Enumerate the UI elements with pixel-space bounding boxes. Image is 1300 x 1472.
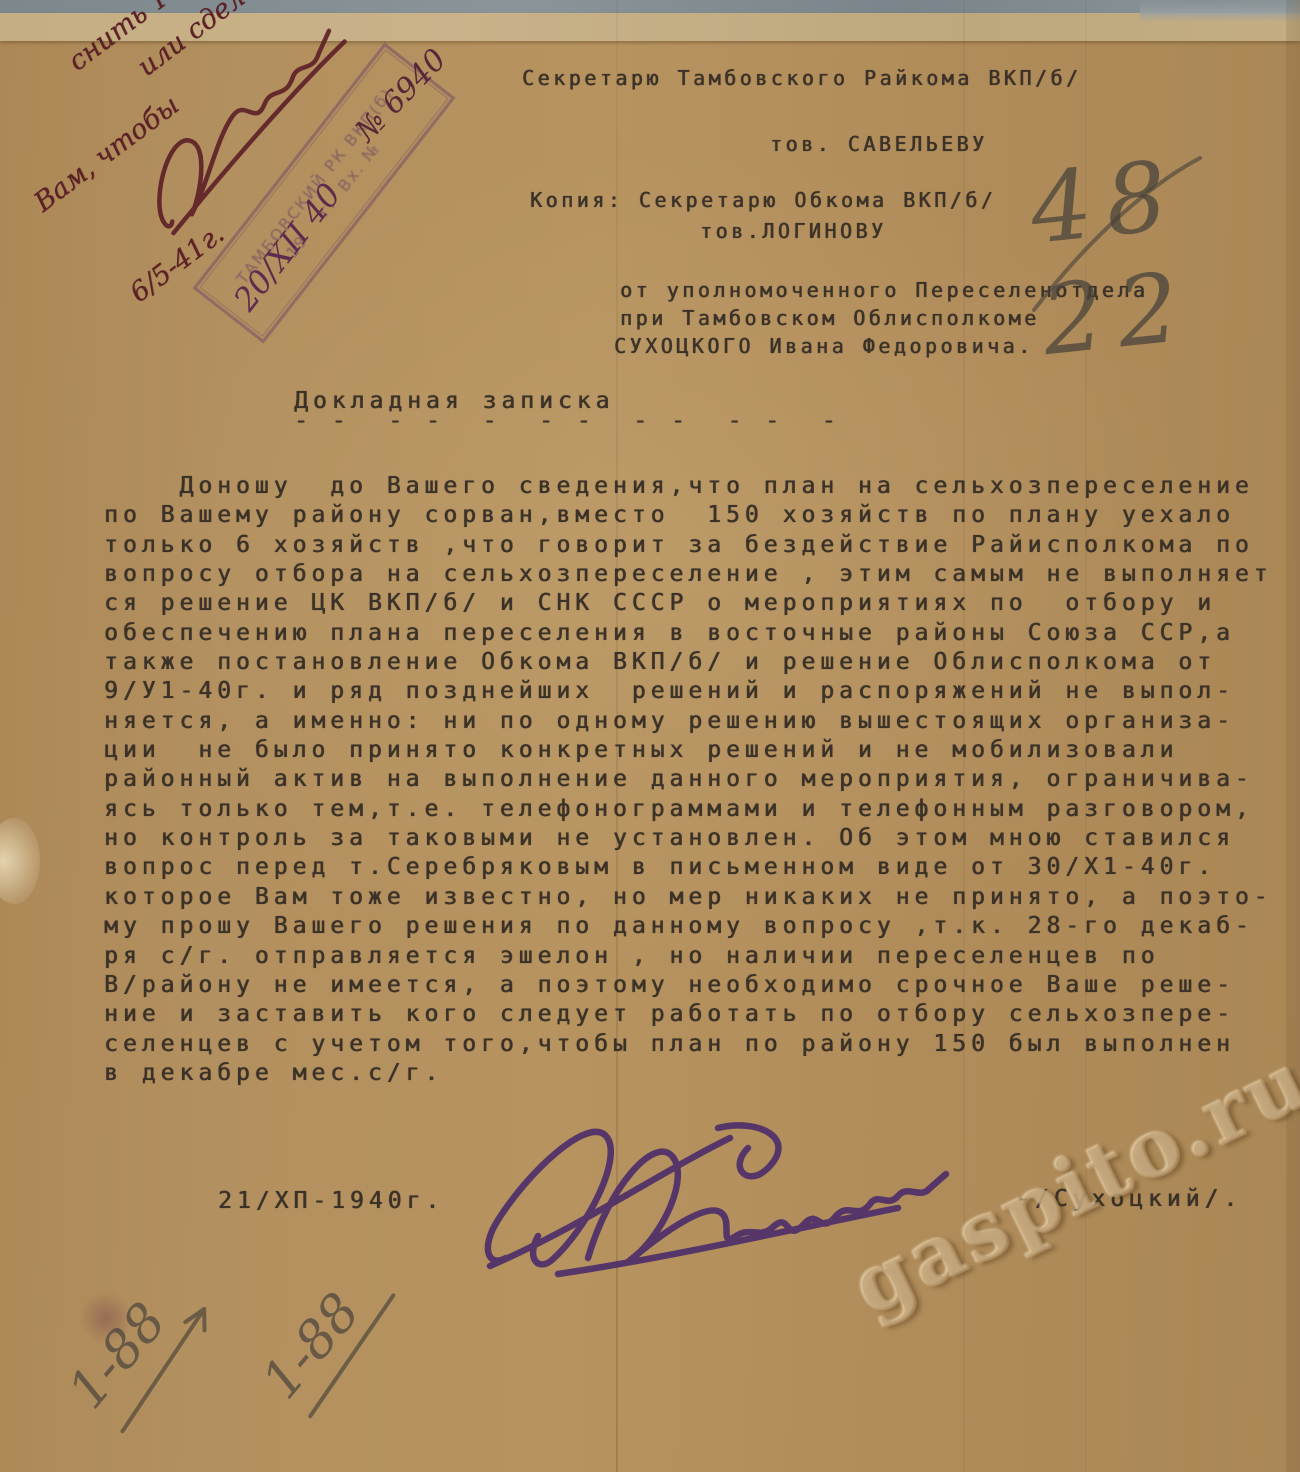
- body-line: ции не было принято конкретных решений и…: [104, 736, 1273, 765]
- body-line: ся решение ЦК ВКП/б/ и СНК СССР о меропр…: [104, 589, 1273, 618]
- body-line: только 6 хозяйств ,что говорит за бездей…: [104, 531, 1273, 560]
- body-line: В/району не имеется, а поэтому необходим…: [104, 971, 1273, 1000]
- body-line: вопрос перед т.Серебряковым в письменном…: [104, 853, 1273, 882]
- header-copy-line1: Копия: Секретарю Обкома ВКП/б/: [530, 188, 996, 212]
- body-line: обеспечению плана переселения в восточны…: [104, 619, 1273, 648]
- body-line: вопросу отбора на сельхозпереселение , э…: [104, 560, 1273, 589]
- document-date: 21/ХП-1940г.: [218, 1188, 444, 1214]
- body-text: Доношу до Вашего сведения,что план на се…: [104, 472, 1273, 1088]
- torn-patch: [0, 818, 40, 904]
- body-line: но контроль за таковыми не установлен. О…: [104, 824, 1273, 853]
- body-line: селенцев с учетом того,чтобы план по рай…: [104, 1030, 1273, 1059]
- body-line: 9/У1-40г. и ряд позднейших решений и рас…: [104, 677, 1273, 706]
- body-line: ря с/г. отправляется эшелон , но наличии…: [104, 942, 1273, 971]
- title-underline: - - - - - - - - - - - -: [294, 408, 841, 434]
- header-from-line3: СУХОЦКОГО Ивана Федоровича.: [614, 334, 1034, 358]
- body-line: Доношу до Вашего сведения,что план на се…: [104, 472, 1273, 501]
- scan-top-right-corner: [1140, 0, 1300, 22]
- header-from-line2: при Тамбовском Облисполкоме: [620, 306, 1040, 330]
- body-line: которое Вам тоже известно, но мер никаки…: [104, 883, 1273, 912]
- body-line: ясь только тем,т.е. телефонограммами и т…: [104, 795, 1273, 824]
- document-scan: Секретарю Тамбовского Райкома ВКП/б/ тов…: [0, 0, 1300, 1472]
- body-line: районный актив на выполнение данного мер…: [104, 765, 1273, 794]
- header-copy-line2: тов.ЛОГИНОВУ: [700, 219, 887, 243]
- archive-mark-right: 1-88: [251, 1242, 423, 1425]
- body-line: также постановление Обкома ВКП/б/ и реше…: [104, 648, 1273, 677]
- body-line: в декабре мес.с/г.: [104, 1059, 1273, 1088]
- pencil-stroke: [1020, 130, 1280, 330]
- body-line: няется, а именно: ни по одному решению в…: [104, 707, 1273, 736]
- header-recipient-line1: Секретарю Тамбовского Райкома ВКП/б/: [522, 66, 1081, 90]
- body-line: по Вашему району сорван,вместо 150 хозяй…: [104, 501, 1273, 530]
- body-line: му прошу Вашего решения по данному вопро…: [104, 912, 1273, 941]
- header-recipient-line2: тов. САВЕЛЬЕВУ: [770, 132, 988, 156]
- body-line: ние и заставить кого следует работать по…: [104, 1000, 1273, 1029]
